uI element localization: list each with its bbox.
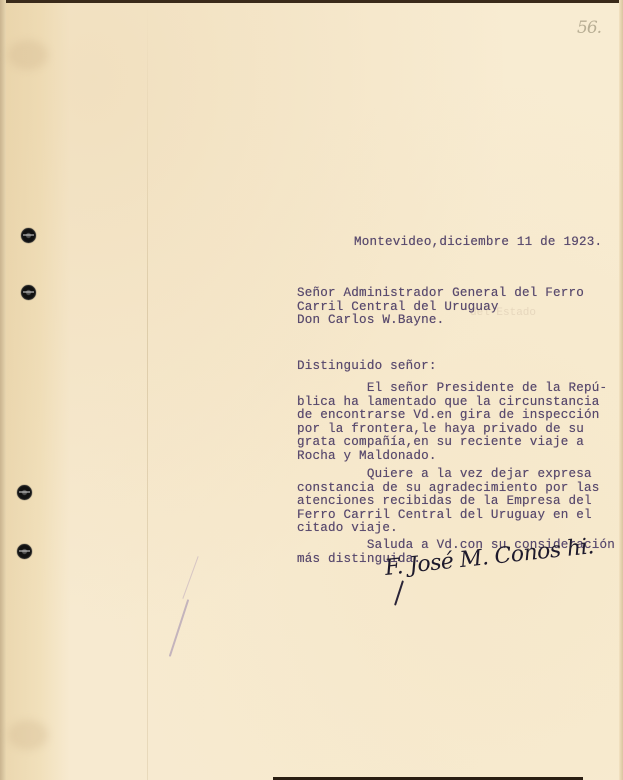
date-line: Montevideo,diciembre 11 de 1923. <box>354 236 602 250</box>
addressee-block: Señor Administrador General del FerroCar… <box>297 287 584 328</box>
body-line: blica ha lamentado que la circunstancia <box>297 396 607 410</box>
page-number: 56. <box>577 18 601 38</box>
pencil-margin-mark <box>182 556 198 599</box>
punch-hole-icon <box>17 485 32 500</box>
body-line: citado viaje. <box>297 522 600 536</box>
punch-hole-icon <box>17 544 32 559</box>
punch-hole-icon <box>21 285 36 300</box>
body-line: Quiere a la vez dejar expresa <box>297 468 600 482</box>
addressee-line: Don Carlos W.Bayne. <box>297 314 584 328</box>
paper-fold-line <box>147 0 148 780</box>
body-line: Ferro Carril Central del Uruguay en el <box>297 509 600 523</box>
addressee-line: Carril Central del Uruguay <box>297 301 584 315</box>
body-paragraph-1: El señor Presidente de la Repú-blica ha … <box>297 382 607 463</box>
paper-stain <box>8 720 48 750</box>
body-line: de encontrarse Vd.en gira de inspección <box>297 409 607 423</box>
paper-left-edge <box>0 0 6 780</box>
addressee-line: Señor Administrador General del Ferro <box>297 287 584 301</box>
paper-right-edge <box>619 0 623 780</box>
salutation: Distinguido señor: <box>297 360 437 374</box>
scan-top-edge <box>0 0 623 3</box>
body-paragraph-2: Quiere a la vez dejar expresaconstancia … <box>297 468 600 536</box>
body-line: grata compañía,en su reciente viaje a <box>297 436 607 450</box>
punch-hole-icon <box>21 228 36 243</box>
paper-stain <box>8 40 48 70</box>
signature-flourish <box>394 580 404 605</box>
body-line: atenciones recibidas de la Empresa del <box>297 495 600 509</box>
document-page: 56. del Estado Montevideo,diciembre 11 d… <box>0 0 623 780</box>
body-line: por la frontera,le haya privado de su <box>297 423 607 437</box>
pencil-margin-mark <box>169 599 189 657</box>
body-line: Rocha y Maldonado. <box>297 450 607 464</box>
body-line: constancia de su agradecimiento por las <box>297 482 600 496</box>
body-line: El señor Presidente de la Repú- <box>297 382 607 396</box>
